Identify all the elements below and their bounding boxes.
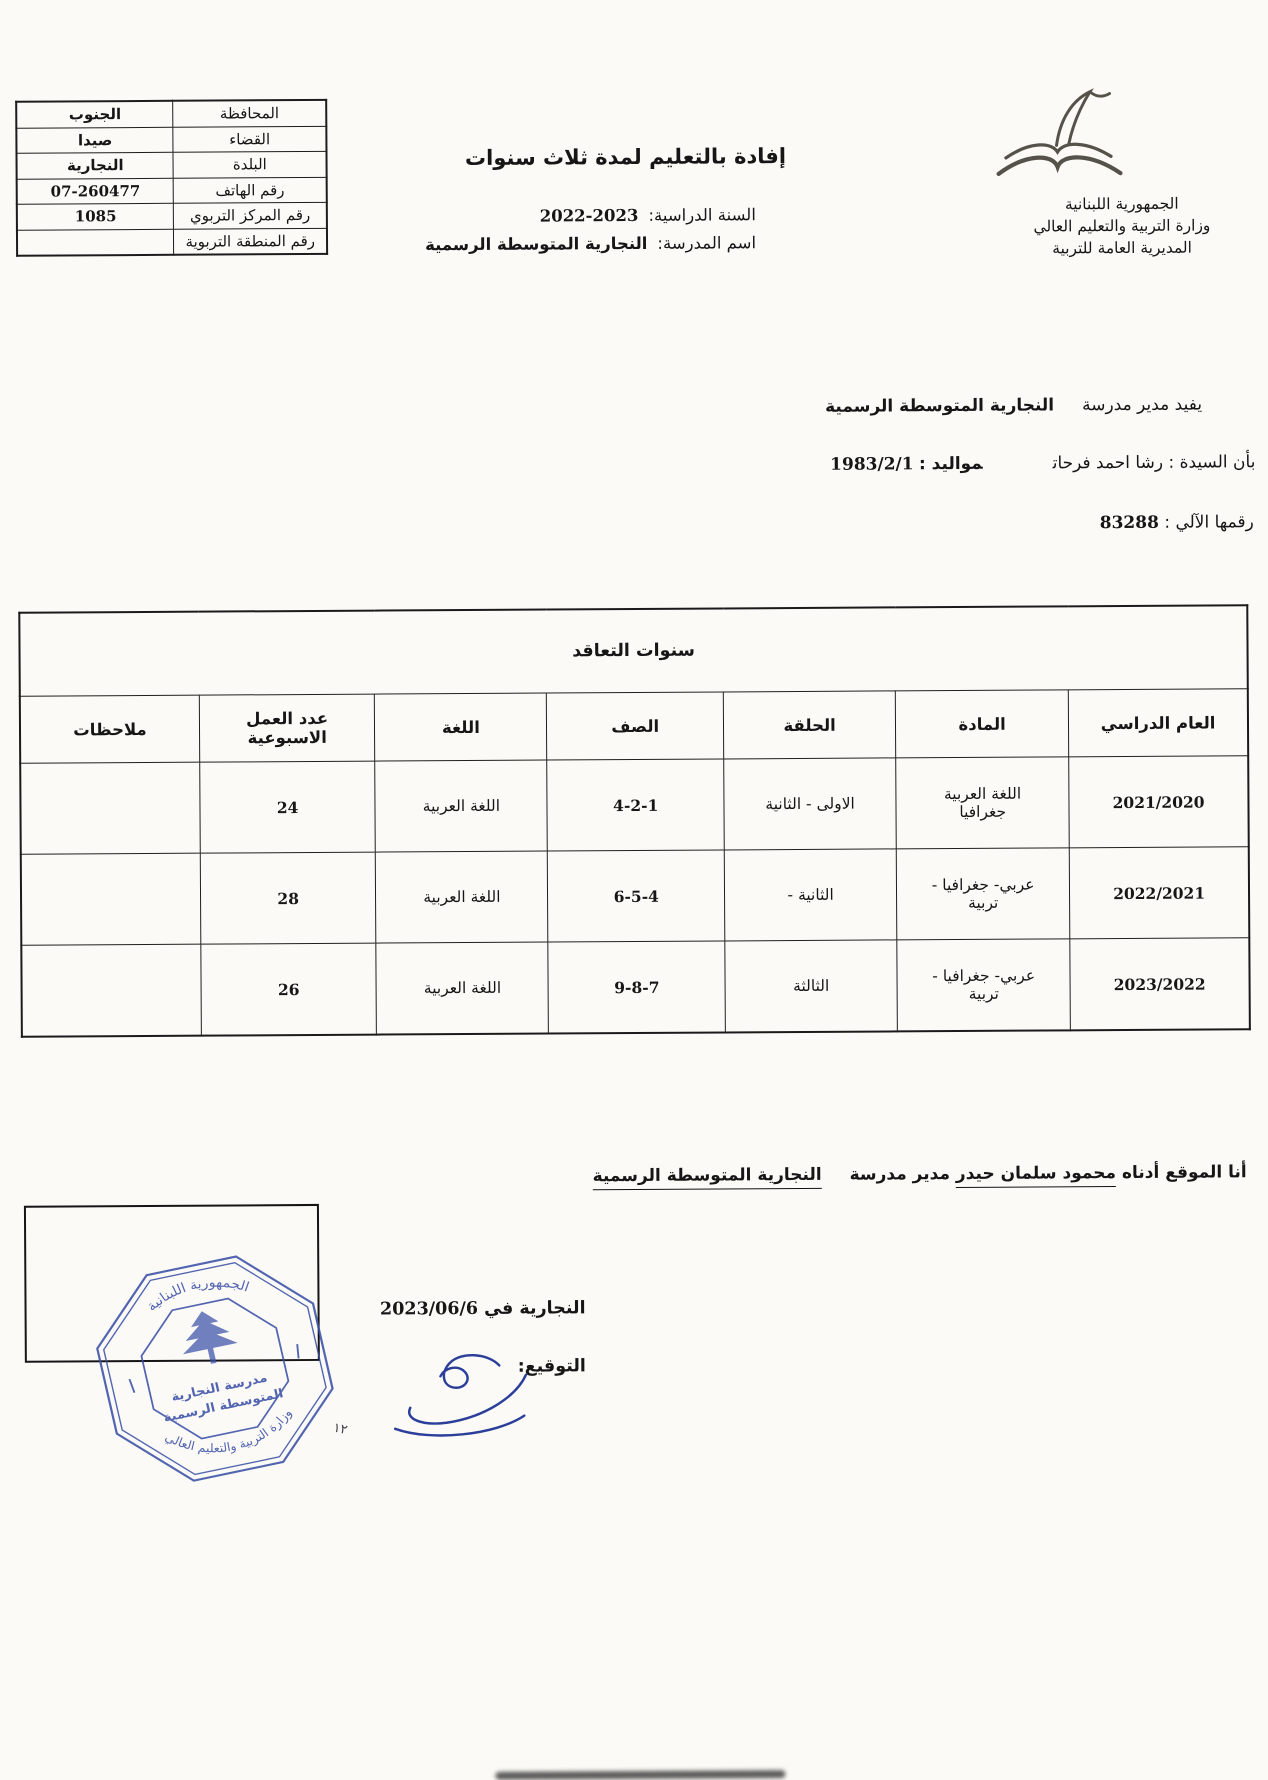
info-label: رقم الهاتف (174, 177, 327, 203)
signer-role: مدير مدرسة (850, 1164, 951, 1185)
contract-years-table: سنوات التعاقد العام الدراسي المادة الحلق… (18, 604, 1251, 1038)
school-name-line: اسم المدرسة:النجارية المتوسطة الرسمية (425, 229, 756, 259)
col-header-year: العام الدراسي (1069, 689, 1249, 757)
contract-table-title-row: سنوات التعاقد (19, 605, 1247, 696)
cell-hours: 28 (200, 852, 376, 944)
info-label: البلدة (173, 151, 326, 177)
table-row: رقم الهاتف 07-260477 (17, 177, 327, 204)
table-row: القضاء صيدا (16, 126, 326, 153)
school-name-label: اسم المدرسة: (657, 233, 756, 253)
school-year-label: السنة الدراسية: (648, 205, 756, 225)
cell-cycle: الثالثة (725, 940, 897, 1033)
cell-notes (21, 853, 201, 945)
info-value: 07-260477 (17, 178, 174, 204)
statement-school-name: النجارية المتوسطة الرسمية (825, 395, 1054, 416)
table-row: 2023/2022 عربي- جغرافيا - تربية الثالثة … (21, 938, 1250, 1037)
signature-scribble (355, 1337, 546, 1442)
col-header-cycle: الحلقة (723, 691, 895, 759)
place-label: النجارية في (484, 1298, 586, 1319)
signer-name: محمود سلمان حيدر (956, 1163, 1116, 1188)
cell-subject: عربي- جغرافيا - تربية (896, 848, 1070, 940)
directorate-line: المديرية العامة للتربية (984, 236, 1260, 260)
cell-year: 2022/2021 (1069, 847, 1249, 939)
cell-grade: 6-5-4 (548, 850, 725, 942)
official-stamp-seal: الجمهورية اللبنانية وزارة التربية والتعل… (88, 1248, 341, 1494)
dob-value: 1983/2/1 (830, 454, 914, 475)
serial-value: 83288 (1100, 513, 1159, 533)
declaration-prefix: أنا الموقع أدناه (1122, 1162, 1247, 1183)
cell-hours: 24 (200, 761, 376, 853)
cell-grade: 9-8-7 (548, 941, 725, 1034)
school-year-line: السنة الدراسية:2023-2022 (425, 201, 756, 231)
info-label: القضاء (173, 126, 326, 152)
col-header-subject: المادة (895, 690, 1069, 758)
scanned-document-page: المحافظة الجنوب القضاء صيدا البلدة النجا… (0, 0, 1268, 1780)
cell-language: اللغة العربية (375, 760, 547, 852)
table-row: 2021/2020 اللغة العربية جغرافيا الاولى -… (20, 756, 1249, 854)
table-row: رقم المركز التربوي 1085 (17, 202, 327, 229)
statement-line-serial: رقمها الآلي : 83288 (1100, 512, 1254, 533)
admin-info-table: المحافظة الجنوب القضاء صيدا البلدة النجا… (15, 99, 328, 257)
info-value: النجارية (16, 152, 173, 178)
ministry-logo-icon (977, 85, 1138, 195)
cell-year: 2023/2022 (1070, 938, 1250, 1031)
table-row: البلدة النجارية (16, 151, 326, 178)
info-label: رقم المنطقة التربوية (174, 228, 327, 255)
cell-language: اللغة العربية (376, 942, 548, 1035)
school-year-value: 2023-2022 (540, 206, 639, 226)
cell-subject: عربي- جغرافيا - تربية (897, 939, 1071, 1032)
ministry-line: وزارة التربية والتعليم العالي (984, 214, 1260, 238)
statement-line-person: بأن السيدة : رشا احمد فرحاتمواليد : 1983… (830, 452, 1255, 475)
serial-label: رقمها الآلي : (1164, 512, 1254, 533)
cell-notes (20, 762, 200, 854)
scan-artifact (495, 1770, 785, 1780)
cell-notes (21, 944, 201, 1037)
table-row: 2022/2021 عربي- جغرافيا - تربية الثانية … (21, 847, 1250, 945)
contract-table-title: سنوات التعاقد (19, 605, 1247, 696)
statement-prefix: يفيد مدير مدرسة (1082, 395, 1202, 416)
info-value: 1085 (17, 203, 174, 229)
col-header-notes: ملاحظات (20, 695, 200, 763)
document-sheet: المحافظة الجنوب القضاء صيدا البلدة النجا… (0, 0, 1268, 1780)
cell-language: اللغة العربية (376, 851, 548, 943)
info-value: صيدا (16, 127, 173, 153)
cell-hours: 26 (201, 943, 377, 1036)
table-row: رقم المنطقة التربوية (17, 228, 327, 256)
info-label: المحافظة (173, 100, 326, 127)
col-header-weekly-hours: عدد العمل الاسبوعية (199, 694, 375, 762)
school-name-value: النجارية المتوسطة الرسمية (425, 234, 647, 254)
cell-grade: 4-2-1 (547, 759, 724, 851)
ministry-letterhead: الجمهورية اللبنانية وزارة التربية والتعل… (984, 192, 1260, 260)
col-header-language: اللغة (375, 693, 547, 761)
declaration-school-name: النجارية المتوسطة الرسمية (593, 1165, 822, 1190)
info-value (17, 229, 174, 256)
cedar-tree-icon (174, 1306, 241, 1370)
cell-year: 2021/2020 (1069, 756, 1249, 848)
person-name-text: بأن السيدة : رشا احمد فرحات (1053, 452, 1256, 473)
cell-cycle: الاولى - الثانية (724, 758, 896, 850)
contract-table-header-row: العام الدراسي المادة الحلقة الصف اللغة ع… (20, 689, 1248, 764)
dob-label: مواليد : (919, 454, 983, 474)
signer-declaration: أنا الموقع أدناه محمود سلمان حيدر مدير م… (593, 1162, 1247, 1186)
document-title: إفادة بالتعليم لمدة ثلاث سنوات (415, 144, 835, 171)
col-header-grade: الصف (547, 692, 724, 760)
date-value: 2023/06/6 (380, 1299, 478, 1320)
letterhead-lines: السنة الدراسية:2023-2022 اسم المدرسة:الن… (425, 201, 756, 259)
info-label: رقم المركز التربوي (174, 202, 327, 228)
republic-line: الجمهورية اللبنانية (984, 192, 1260, 216)
cell-subject: اللغة العربية جغرافيا (896, 757, 1070, 849)
table-row: المحافظة الجنوب (16, 100, 326, 128)
info-value: الجنوب (16, 101, 173, 128)
cell-cycle: الثانية - (724, 849, 896, 941)
place-date-line: النجارية في 2023/06/6 (380, 1298, 586, 1319)
statement-line-school: يفيد مدير مدرسةالنجارية المتوسطة الرسمية (825, 395, 1202, 417)
